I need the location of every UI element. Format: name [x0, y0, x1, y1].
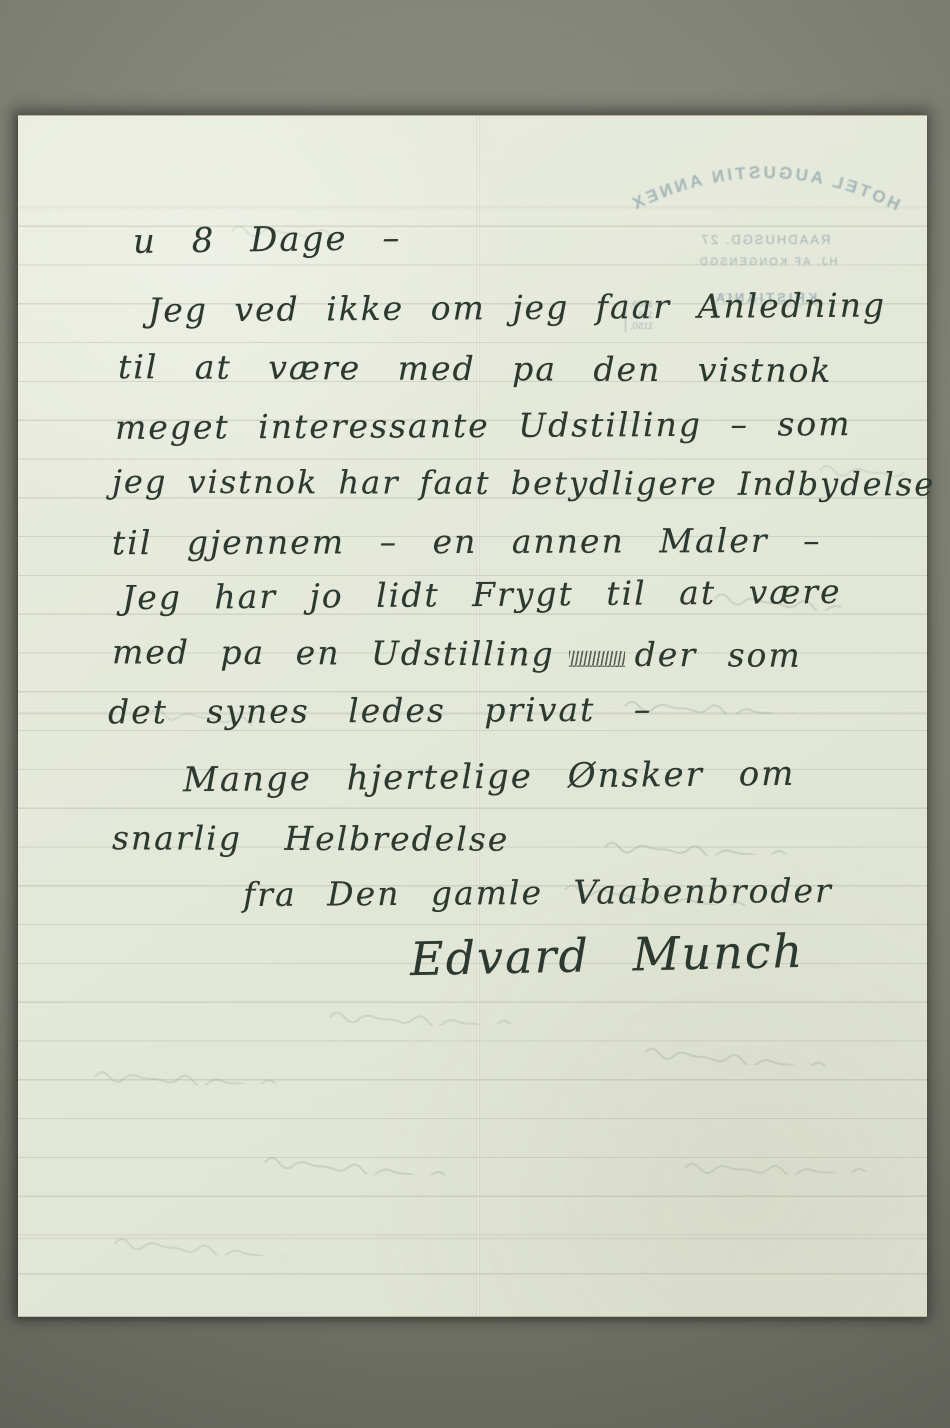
letterhead-arc: HOTEL AUGUSTIN ANNEX: [600, 159, 930, 223]
handwritten-line: Jeg har jo lidt Frygt til at være: [122, 572, 842, 617]
struck-out-word: [569, 651, 625, 667]
handwritten-line-continued: der som: [635, 635, 802, 675]
photograph-of-letter: { "letterhead": { "arc": "HOTEL AUGUSTIN…: [0, 0, 950, 1428]
letterhead-hotel-name: HOTEL AUGUSTIN ANNEX: [627, 163, 903, 214]
bleedthrough-squiggle: [113, 1230, 283, 1257]
handwritten-line: meget interessante Udstilling – som: [115, 404, 852, 447]
bleedthrough-squiggle: [328, 999, 588, 1028]
handwritten-line: Jeg ved ikke om jeg faar Anledning: [148, 285, 886, 329]
handwritten-line: u 8 Dage –: [133, 218, 402, 262]
handwritten-line: Mange hjertelige Ønsker om: [183, 754, 796, 800]
svg-text:HOTEL AUGUSTIN ANNEX: HOTEL AUGUSTIN ANNEX: [627, 163, 903, 214]
handwritten-line: til at være med pa den vistnok: [118, 347, 833, 390]
letter-sheet: HOTEL AUGUSTIN ANNEX RAADHUSGD. 27 HJ. A…: [18, 115, 927, 1317]
handwritten-line: med pa en Udstillingder som: [112, 632, 802, 675]
handwritten-line: til gjennem – en annen Maler –: [112, 521, 822, 562]
handwritten-line: snarlig Helbredelse: [112, 818, 509, 858]
bleedthrough-squiggle: [643, 1039, 873, 1067]
bleedthrough-squiggle: [93, 1059, 303, 1087]
bleedthrough-squiggle: [603, 829, 883, 858]
handwritten-line: jeg vistnok har faat betydligere Indbyde…: [112, 463, 935, 504]
handwritten-line: fra Den gamle Vaabenbroder: [243, 871, 833, 914]
letterhead-address-2: HJ. AF KONGENSGD.: [600, 256, 930, 268]
signature: Edvard Munch: [409, 924, 804, 986]
handwritten-line: det synes ledes privat –: [108, 690, 653, 732]
letterhead-address: RAADHUSGD. 27: [600, 232, 930, 247]
letterhead-ghost-mirrored: HOTEL AUGUSTIN ANNEX RAADHUSGD. 27 HJ. A…: [600, 159, 930, 379]
